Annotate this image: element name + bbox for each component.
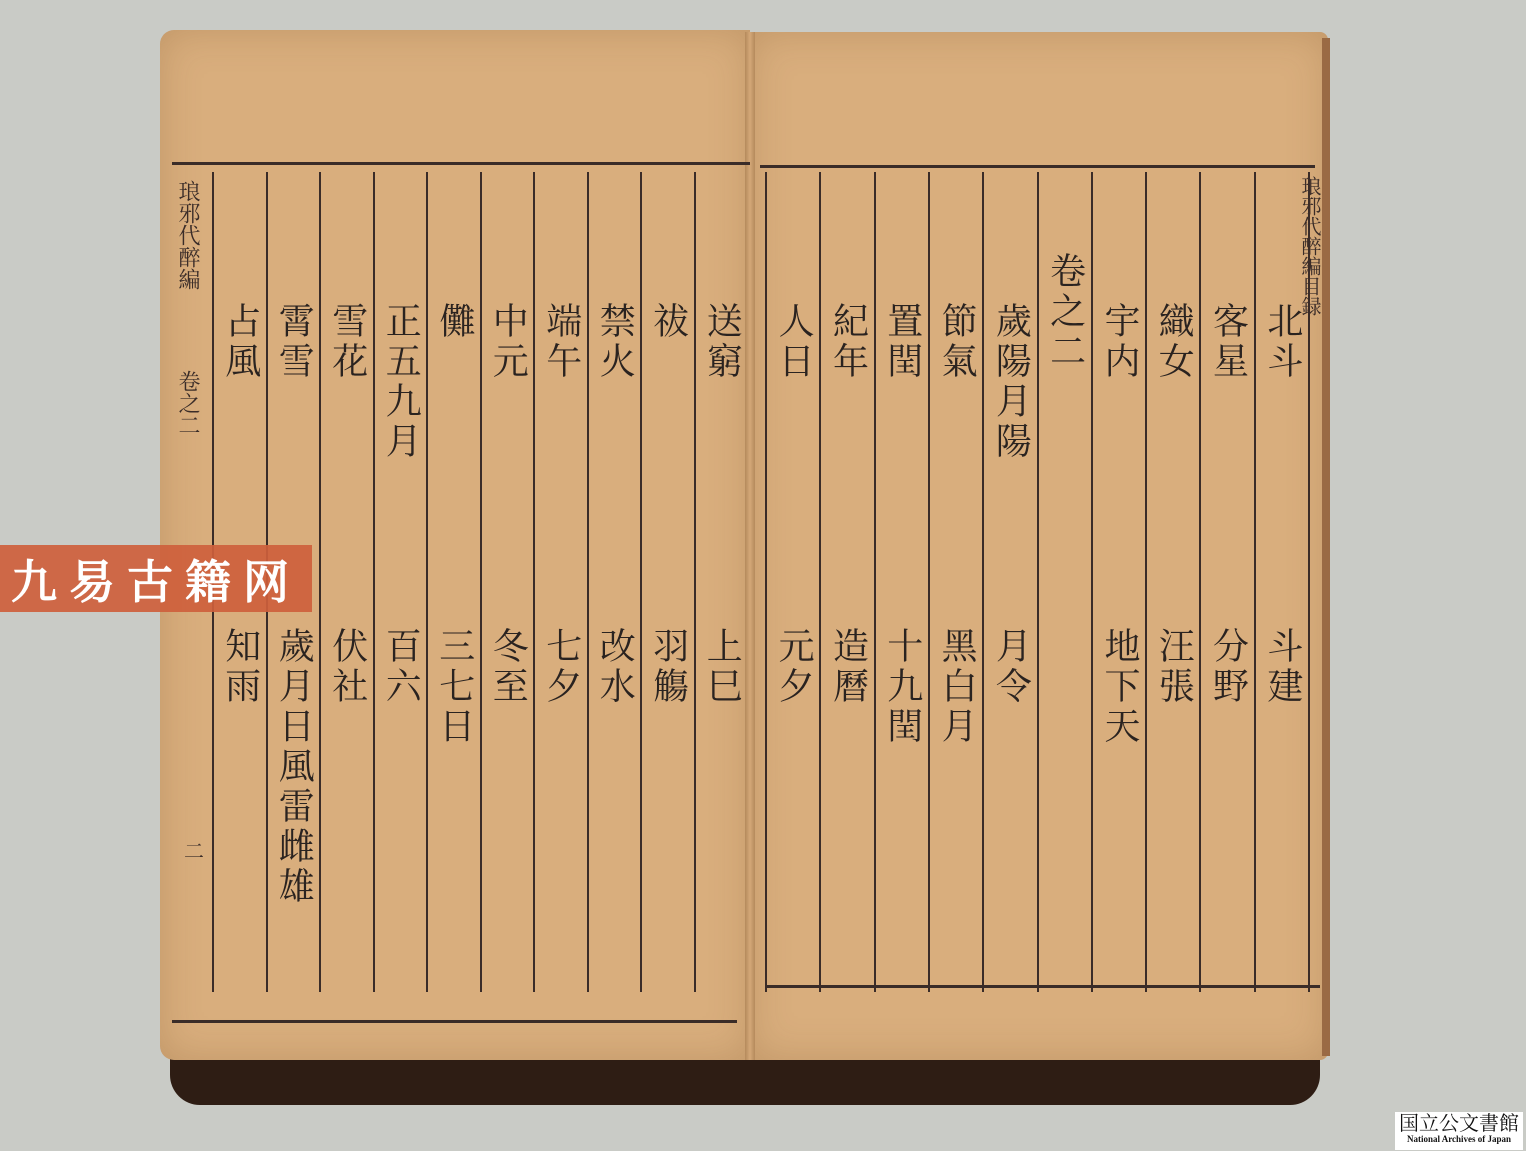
text-column: 織女汪張 [1145,172,1199,992]
right-page-columns: 北斗斗建 客星分野 織女汪張 宇内地下天 卷之二 歲陽月陽月令 節氣黑白月 置閏… [765,172,1310,992]
entry-title: 中元 [489,302,525,382]
entry-subtitle: 地下天 [1101,627,1137,747]
text-column: 雪花伏社 [319,172,373,992]
entry-title: 占風 [222,302,258,382]
entry-subtitle: 黑白月 [938,627,974,747]
text-column: 祓羽觴 [640,172,694,992]
entry-title: 歲陽月陽 [992,302,1028,462]
entry-subtitle: 改水 [596,627,632,707]
entry-title: 紀年 [829,302,865,382]
entry-title: 織女 [1155,302,1191,382]
entry-subtitle: 元夕 [775,627,811,707]
entry-title: 置閏 [884,302,920,382]
left-margin-volume: 卷之二 [172,370,203,436]
text-column: 正五九月百六 [373,172,427,992]
entry-title: 霄雪 [275,302,311,382]
text-column: 送窮上巳 [694,172,748,992]
entry-subtitle: 上巳 [703,627,739,707]
entry-subtitle: 知雨 [222,627,258,707]
entry-title: 送窮 [703,302,739,382]
text-column: 節氣黑白月 [928,172,982,992]
text-column: 置閏十九閏 [874,172,928,992]
entry-subtitle: 三七日 [436,627,472,747]
entry-title: 禁火 [596,302,632,382]
entry-title: 雪花 [329,302,365,382]
left-margin-title: 琅邪代醉編 [172,180,203,290]
entry-subtitle: 百六 [382,627,418,707]
text-column: 儺三七日 [426,172,480,992]
entry-subtitle: 月令 [992,627,1028,707]
text-column: 宇内地下天 [1091,172,1145,992]
entry-subtitle: 歲月日風雷雌雄 [275,627,311,907]
text-column: 歲陽月陽月令 [982,172,1036,992]
entry-subtitle: 羽觴 [650,627,686,707]
entry-title: 宇内 [1101,302,1137,382]
entry-subtitle: 冬至 [489,627,525,707]
text-column: 禁火改水 [587,172,641,992]
entry-title: 節氣 [938,302,974,382]
text-column: 人日元夕 [765,172,819,992]
entry-title: 祓 [650,302,686,342]
entry-subtitle: 汪張 [1155,627,1191,707]
text-column: 北斗斗建 [1254,172,1310,992]
entry-title: 北斗 [1264,302,1300,382]
entry-subtitle: 七夕 [543,627,579,707]
archive-logo-japanese: 国立公文書館 [1395,1112,1523,1134]
entry-subtitle: 分野 [1210,627,1246,707]
entry-title: 人日 [775,302,811,382]
text-column: 端午七夕 [533,172,587,992]
entry-subtitle: 斗建 [1264,627,1300,707]
text-column: 客星分野 [1199,172,1253,992]
folio-number: 二 [184,835,204,864]
site-watermark: 九易古籍网 [0,545,312,612]
archive-logo-english: National Archives of Japan [1395,1134,1523,1144]
entry-title: 客星 [1210,302,1246,382]
text-column: 紀年造曆 [819,172,873,992]
entry-subtitle: 伏社 [329,627,365,707]
entry-title: 儺 [436,302,472,342]
text-column: 卷之二 [1037,172,1091,992]
left-bottom-rule [172,1020,737,1023]
entry-subtitle: 十九閏 [884,627,920,747]
text-column: 中元冬至 [480,172,534,992]
archive-logo: 国立公文書館 National Archives of Japan [1395,1112,1523,1150]
entry-subtitle: 造曆 [829,627,865,707]
volume-heading: 卷之二 [1047,252,1083,372]
entry-title: 端午 [543,302,579,382]
entry-title: 正五九月 [382,302,418,462]
